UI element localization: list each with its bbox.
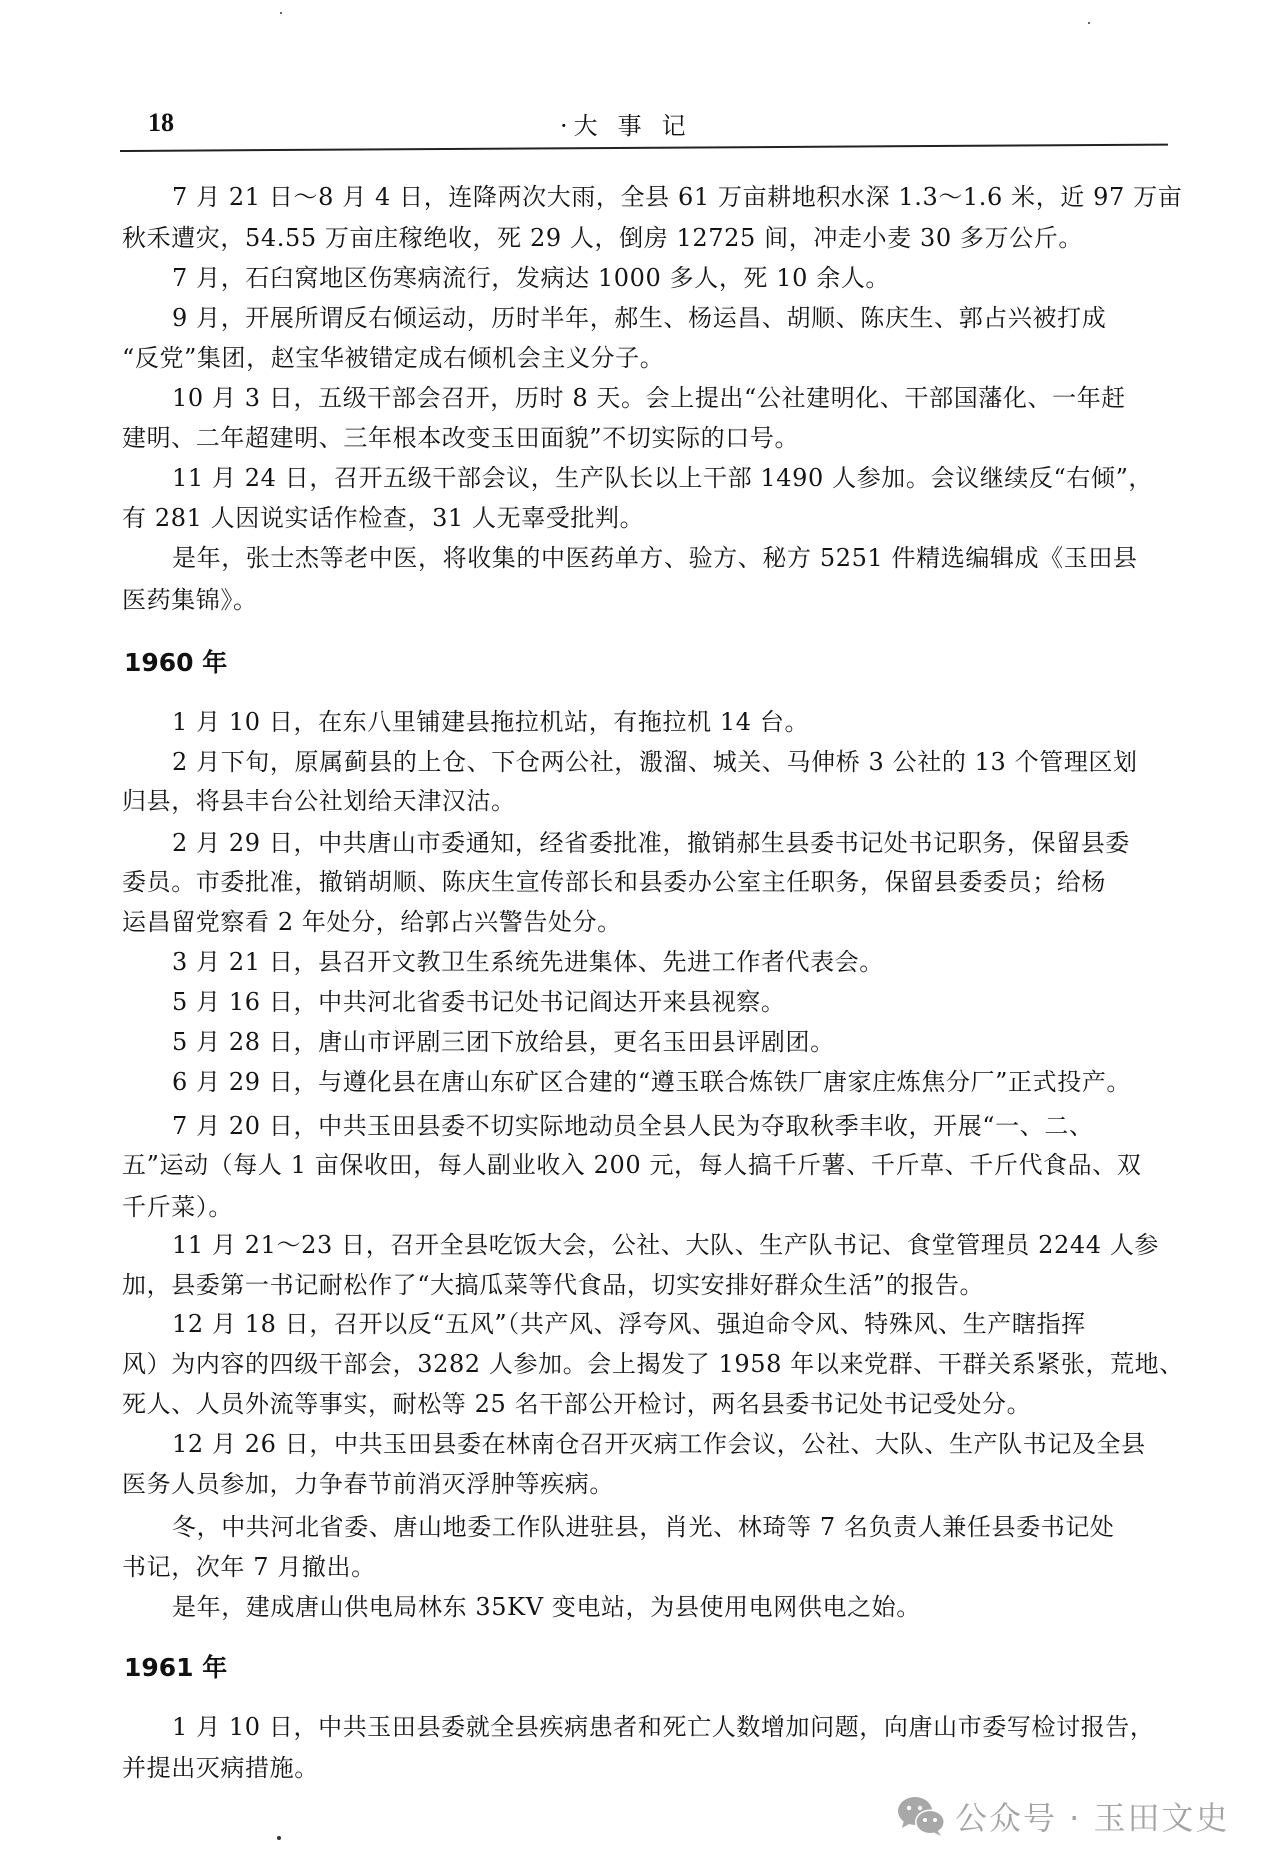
text-line: 五”运动（每人 1 亩保收田，每人副业收入 200 元，每人搞千斤薯、千斤草、千… xyxy=(122,1150,1182,1180)
text-line: 11 月 24 日，召开五级干部会议，生产队长以上干部 1490 人参加。会议继… xyxy=(172,463,1232,493)
text-line: 7 月 21 日～8 月 4 日，连降两次大雨，全县 61 万亩耕地积水深 1.… xyxy=(172,182,1232,212)
text-line: 书记，次年 7 月撤出。 xyxy=(122,1552,1182,1582)
text-line: 3 月 21 日，县召开文教卫生系统先进集体、先进工作者代表会。 xyxy=(172,947,1232,977)
text-line: 归县，将县丰台公社划给天津汉沽。 xyxy=(122,786,1182,816)
text-line: “反党”集团，赵宝华被错定成右倾机会主义分子。 xyxy=(122,343,1182,373)
text-line: 5 月 16 日，中共河北省委书记处书记阎达开来县视察。 xyxy=(172,987,1232,1017)
text-line: 1 月 10 日，中共玉田县委就全县疾病患者和死亡人数增加问题，向唐山市委写检讨… xyxy=(172,1712,1232,1742)
text-line: 是年，张士杰等老中医，将收集的中医药单方、验方、秘方 5251 件精选编辑成《玉… xyxy=(172,543,1232,573)
text-line: 运昌留党察看 2 年处分，给郭占兴警告处分。 xyxy=(122,907,1182,937)
text-line: 委员。市委批准，撤销胡顺、陈庆生宣传部长和县委办公室主任职务，保留县委委员；给杨 xyxy=(122,867,1182,897)
scanned-book-page: 18 ·大事记 7 月 21 日～8 月 4 日，连降两次大雨，全县 61 万亩… xyxy=(0,0,1280,1869)
text-line: 千斤菜）。 xyxy=(122,1192,1182,1222)
scan-speck xyxy=(1088,22,1090,24)
page-number: 18 xyxy=(148,108,174,138)
watermark-text: 公众号 · 玉田文史 xyxy=(955,1793,1230,1839)
text-line: 风）为内容的四级干部会，3282 人参加。会上揭发了 1958 年以来党群、干群… xyxy=(122,1349,1182,1379)
text-line: 冬，中共河北省委、唐山地委工作队进驻县，肖光、林琦等 7 名负责人兼任县委书记处 xyxy=(172,1512,1232,1542)
text-line: 1 月 10 日，在东八里铺建县拖拉机站，有拖拉机 14 台。 xyxy=(172,707,1232,737)
text-line: 有 281 人因说实话作检查，31 人无辜受批判。 xyxy=(122,503,1182,533)
text-line: 是年，建成唐山供电局林东 35KV 变电站，为县使用电网供电之始。 xyxy=(172,1592,1232,1622)
text-line: 9 月，开展所谓反右倾运动，历时半年，郝生、杨运昌、胡顺、陈庆生、郭占兴被打成 xyxy=(172,303,1232,333)
wechat-watermark: 公众号 · 玉田文史 xyxy=(895,1794,1230,1838)
running-title: ·大事记 xyxy=(560,106,706,141)
text-line: 医务人员参加，力争春节前消灭浮肿等疾病。 xyxy=(122,1469,1182,1499)
text-line: 11 月 21～23 日，召开全县吃饭大会，公社、大队、生产队书记、食堂管理员 … xyxy=(172,1230,1232,1260)
text-line: 秋禾遭灾，54.55 万亩庄稼绝收，死 29 人，倒房 12725 间，冲走小麦… xyxy=(122,223,1182,253)
scan-speck xyxy=(277,1836,281,1840)
text-line: 12 月 26 日，中共玉田县委在林南仓召开灭病工作会议，公社、大队、生产队书记… xyxy=(172,1429,1232,1459)
text-line: 医药集锦》。 xyxy=(122,585,1182,615)
text-line: 12 月 18 日，召开以反“五风”（共产风、浮夸风、强迫命令风、特殊风、生产瞎… xyxy=(172,1309,1232,1339)
text-line: 加，县委第一书记耐松作了“大搞瓜菜等代食品，切实安排好群众生活”的报告。 xyxy=(122,1270,1182,1300)
running-head: 18 ·大事记 xyxy=(0,106,1280,146)
year-heading: 1961 年 xyxy=(124,1653,227,1683)
text-line: 建明、二年超建明、三年根本改变玉田面貌”不切实际的口号。 xyxy=(122,423,1182,453)
text-line: 6 月 29 日，与遵化县在唐山东矿区合建的“遵玉联合炼铁厂唐家庄炼焦分厂”正式… xyxy=(172,1067,1232,1097)
scan-speck xyxy=(280,12,282,14)
text-line: 死人、人员外流等事实，耐松等 25 名干部公开检讨，两名县委书记处书记受处分。 xyxy=(122,1389,1182,1419)
text-line: 5 月 28 日，唐山市评剧三团下放给县，更名玉田县评剧团。 xyxy=(172,1027,1232,1057)
text-line: 7 月，石臼窝地区伤寒病流行，发病达 1000 多人，死 10 余人。 xyxy=(172,263,1232,293)
text-line: 7 月 20 日，中共玉田县委不切实际地动员全县人民为夺取秋季丰收，开展“一、二… xyxy=(172,1111,1232,1141)
text-line: 10 月 3 日，五级干部会召开，历时 8 天。会上提出“公社建明化、干部国藩化… xyxy=(172,383,1232,413)
text-line: 2 月 29 日，中共唐山市委通知，经省委批准，撤销郝生县委书记处书记职务，保留… xyxy=(172,828,1232,858)
year-heading: 1960 年 xyxy=(124,648,227,678)
text-line: 2 月下旬，原属蓟县的上仓、下仓两公社，溵溜、城关、马伸桥 3 公社的 13 个… xyxy=(172,747,1232,777)
wechat-icon xyxy=(895,1794,947,1838)
text-line: 并提出灭病措施。 xyxy=(122,1753,1182,1783)
